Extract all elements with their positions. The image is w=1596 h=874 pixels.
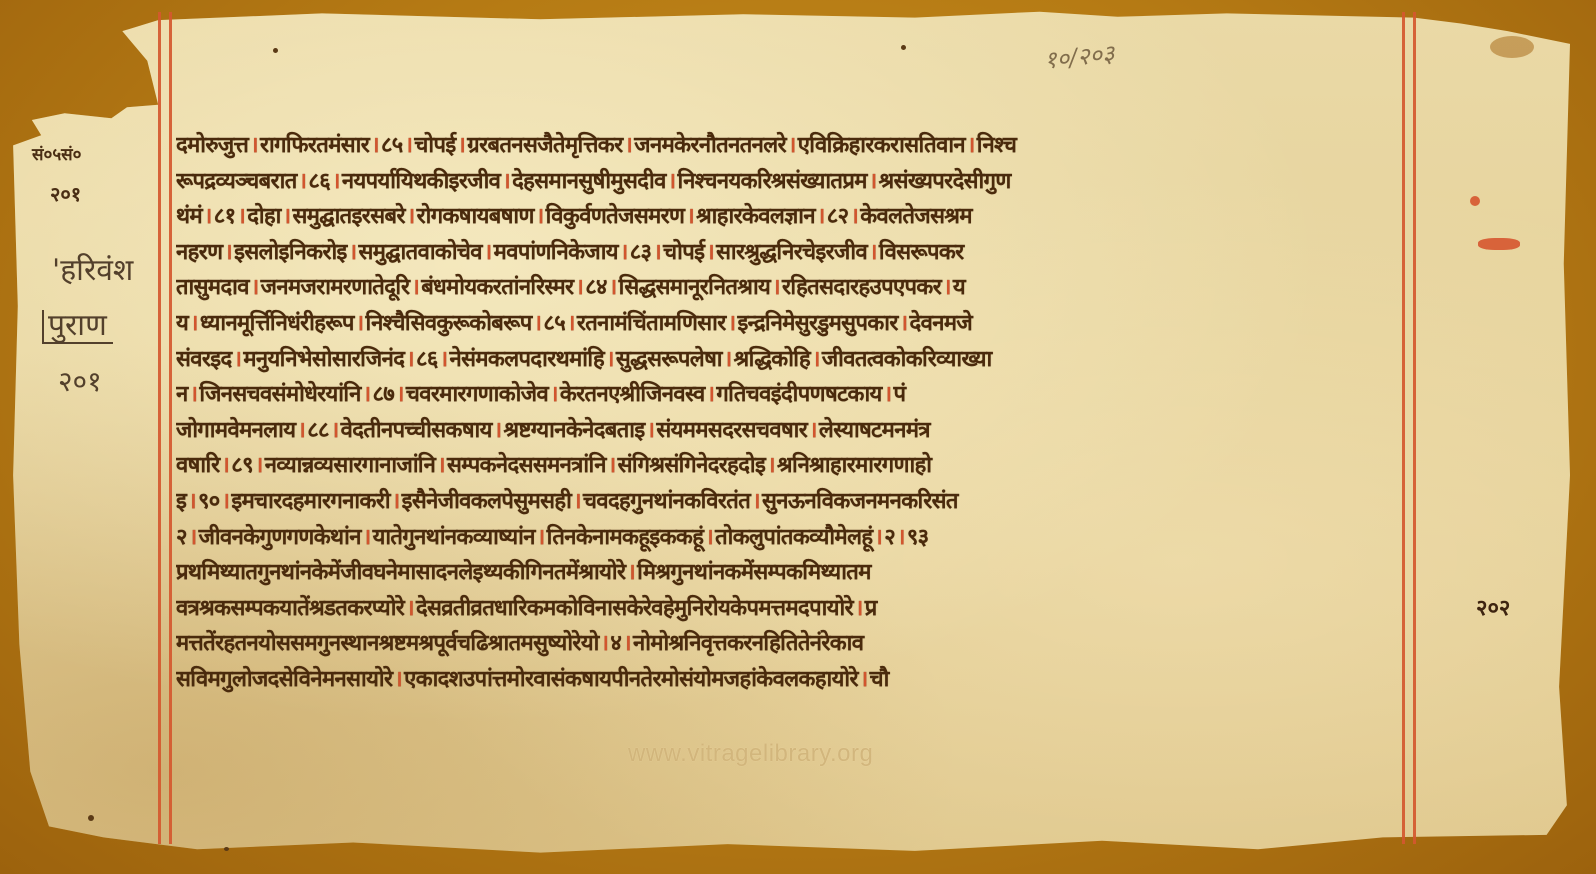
text-segment: संगिश्रसंगिनेदरहदोइ: [618, 453, 766, 478]
red-danda-mark: ।: [786, 133, 798, 158]
red-danda-mark: ।: [807, 418, 819, 443]
text-segment: नव्यान्नव्यसारगानाजांनि: [265, 453, 436, 478]
red-ink-blot: [1470, 196, 1480, 206]
red-danda-mark: ।: [295, 418, 307, 443]
red-danda-mark: ।: [354, 311, 366, 336]
text-segment: निश्चनयकरिश्रसंख्यातप्रम: [677, 169, 866, 194]
red-danda-mark: ।: [534, 204, 546, 229]
text-segment: तोकलुपांतकव्यौमेलहूं: [715, 525, 872, 550]
red-danda-mark: ।: [403, 133, 415, 158]
red-danda-mark: ।: [220, 489, 232, 514]
photo-stage: १०/२०३ सं०५सं० २०१ 'हरिवंश पुराण २०१ २०२…: [0, 0, 1596, 874]
text-segment: ८५: [543, 311, 565, 336]
left-margin-rule-outer: [158, 12, 161, 844]
text-segment: ९०: [198, 489, 220, 514]
text-segment: श्रसंख्यपरदेसीगुण: [879, 169, 1011, 194]
text-segment: चवदहगुनथांनकविरतंत: [583, 489, 750, 514]
red-danda-mark: ।: [405, 204, 417, 229]
text-segment: जीवतत्वकोकरिव्याख्या: [822, 347, 992, 372]
red-danda-mark: ।: [329, 418, 341, 443]
text-segment: नयपर्यायिथकीइरजीव: [342, 169, 501, 194]
red-danda-mark: ।: [895, 525, 907, 550]
manuscript-line: न।जिनसचवसंमोधेरयांनि।८७।चवरमारगणाकोजेव।क…: [176, 377, 1416, 413]
red-danda-mark: ।: [456, 133, 468, 158]
red-danda-mark: ।: [404, 347, 416, 372]
text-segment: लेस्याषटमनमंत्र: [819, 418, 930, 443]
text-segment: ८९: [231, 453, 253, 478]
text-segment: नहरण: [176, 240, 222, 265]
text-segment: मत्ततेंरहतनयोससमगुनस्थानश्रष्टमश्रपूर्वच…: [176, 631, 599, 656]
red-danda-mark: ।: [623, 133, 635, 158]
paper-speck: [224, 847, 229, 851]
text-segment: सुद्धसरूपलेषा: [616, 347, 722, 372]
margin-reference-number: २०१: [50, 180, 81, 207]
paper-speck: [901, 45, 906, 50]
red-danda-mark: ।: [625, 560, 637, 585]
red-danda-mark: ।: [858, 667, 870, 692]
text-segment: जीवनकेगुणगणकेथांन: [199, 525, 361, 550]
red-danda-mark: ।: [621, 631, 633, 656]
text-segment: यातेगुनथांनकव्याष्यांन: [373, 525, 535, 550]
text-segment: निश्चैसिवकुरूकोबरूप: [365, 311, 531, 336]
text-segment: रहितसदारहउपएपकर: [782, 275, 941, 300]
text-segment: विकुर्वणतेजसमरण: [546, 204, 685, 229]
manuscript-line: जोगामवेमनलाय।८८।वेदतीनपच्चीसकषाय।श्रष्टग…: [176, 413, 1416, 449]
red-danda-mark: ।: [188, 311, 200, 336]
text-segment: इमचारदहमारगनाकरी: [231, 489, 390, 514]
text-segment: गतिचवइंदीपणषटकाय: [716, 382, 881, 407]
text-segment: देहसमानसुषीमुसदीव: [512, 169, 666, 194]
folio-number: २०२: [1476, 592, 1510, 622]
manuscript-line: संवरइद।मनुयनिभेसोसारजिनंद।८६।नेसंमकलपदार…: [176, 342, 1416, 378]
text-segment: समुद्घातइरसबरे: [293, 204, 405, 229]
red-danda-mark: ।: [253, 453, 265, 478]
margin-page-number: २०१: [58, 362, 102, 400]
red-danda-mark: ।: [703, 525, 715, 550]
red-danda-mark: ।: [599, 631, 611, 656]
manuscript-line: तासुमदाव।जनमजरामरणातेदूरि।बंधमोयकरतांनरि…: [176, 270, 1416, 306]
text-segment: ८६: [308, 169, 330, 194]
red-danda-mark: ।: [651, 240, 663, 265]
manuscript-text: दमोरुजुत्त।रागफिरतमंसार।८५।चोपई।ग्ररबतनस…: [176, 128, 1416, 698]
red-danda-mark: ।: [188, 382, 200, 407]
text-segment: ८४: [585, 275, 607, 300]
text-segment: नेसंमकलपदारथमांहि: [449, 347, 604, 372]
text-segment: विसरूपकर: [879, 240, 964, 265]
text-segment: जनमजरामरणातेदूरि: [261, 275, 410, 300]
text-segment: य: [176, 311, 188, 336]
text-segment: ग्ररबतनसजैतेमृत्तिकर: [467, 133, 622, 158]
text-segment: एविक्रिहारकरासतिवान: [798, 133, 965, 158]
text-segment: सिद्धसमानूरनितश्राय: [619, 275, 771, 300]
red-danda-mark: ।: [361, 525, 373, 550]
text-segment: वेदतीनपच्चीसकषाय: [341, 418, 492, 443]
text-segment: थंमं: [176, 204, 202, 229]
manuscript-line: थंमं।८१।दोहा।समुद्घातइरसबरे।रोगकषायबषाण।…: [176, 199, 1416, 235]
text-segment: वषारि: [176, 453, 220, 478]
text-segment: पं: [893, 382, 905, 407]
manuscript-line: रूपद्रव्यञ्चबरात।८६।नयपर्यायिथकीइरजीव।दे…: [176, 164, 1416, 200]
text-segment: इन्द्रनिमेसुरडुमसुपकार: [737, 311, 897, 336]
red-danda-mark: ।: [222, 240, 234, 265]
watermark: www.vitragelibrary.org: [628, 740, 873, 768]
manuscript-line: वत्रश्रकसम्पकयातेंश्रडतकरप्योरे।देसव्रती…: [176, 591, 1416, 627]
red-danda-mark: ।: [571, 489, 583, 514]
red-danda-mark: ।: [704, 240, 716, 265]
text-segment: प्रथमिथ्यातगुनथांनकेमेंजीवघनेमासादनलेइथ्…: [176, 560, 625, 585]
red-ink-blot: [1478, 238, 1520, 250]
text-segment: ८५: [381, 133, 403, 158]
paper-speck: [273, 48, 278, 53]
red-danda-mark: ।: [532, 311, 544, 336]
text-segment: नोमोश्रनिवृत्तकरनहितितेनंरेकाव: [633, 631, 863, 656]
red-danda-mark: ।: [645, 418, 657, 443]
red-danda-mark: ।: [666, 169, 678, 194]
text-segment: इसैनेजीवकलपेसुमसही: [402, 489, 572, 514]
text-segment: सम्पकनेदससमनत्रांनि: [447, 453, 606, 478]
text-segment: चोपई: [663, 240, 704, 265]
manuscript-line: इ।९०।इमचारदहमारगनाकरी।इसैनेजीवकलपेसुमसही…: [176, 484, 1416, 520]
text-segment: प्र: [865, 596, 877, 621]
red-danda-mark: ।: [548, 382, 560, 407]
red-danda-mark: ।: [898, 311, 910, 336]
text-segment: वत्रश्रकसम्पकयातेंश्रडतकरप्योरे: [176, 596, 404, 621]
text-segment: चोपई: [414, 133, 455, 158]
red-danda-mark: ।: [220, 453, 232, 478]
text-segment: ८३: [630, 240, 652, 265]
manuscript-line: प्रथमिथ्यातगुनथांनकेमेंजीवघनेमासादनलेइथ्…: [176, 555, 1416, 591]
text-segment: दमोरुजुत्त: [176, 133, 248, 158]
red-danda-mark: ।: [482, 240, 494, 265]
text-segment: संवरइद: [176, 347, 232, 372]
red-danda-mark: ।: [361, 382, 373, 407]
red-danda-mark: ।: [438, 347, 450, 372]
red-danda-mark: ।: [604, 347, 616, 372]
text-segment: बंधमोयकरतांनरिस्मर: [421, 275, 573, 300]
red-danda-mark: ।: [726, 311, 738, 336]
red-danda-mark: ।: [500, 169, 512, 194]
text-segment: केरतनएश्रीजिनवस्व: [560, 382, 705, 407]
red-danda-mark: ।: [770, 275, 782, 300]
text-segment: मवपांणनिकेजाय: [494, 240, 618, 265]
text-segment: ८६: [416, 347, 438, 372]
red-danda-mark: ।: [684, 204, 696, 229]
red-danda-mark: ।: [248, 133, 260, 158]
text-segment: रोगकषायबषाण: [417, 204, 534, 229]
text-segment: ८१: [214, 204, 236, 229]
manuscript-line: दमोरुजुत्त।रागफिरतमंसार।८५।चोपई।ग्ररबतनस…: [176, 128, 1416, 164]
text-segment: श्राहारकेवलज्ञान: [696, 204, 815, 229]
red-danda-mark: ।: [722, 347, 734, 372]
text-segment: मिश्रगुनथांनकमेंसम्पकमिथ्यातम: [637, 560, 871, 585]
red-danda-mark: ।: [202, 204, 214, 229]
red-danda-mark: ।: [941, 275, 953, 300]
text-segment: य: [953, 275, 965, 300]
text-segment: २: [176, 525, 187, 550]
text-segment: श्रष्टग्यानकेनेदबताइ: [504, 418, 645, 443]
red-danda-mark: ।: [573, 275, 585, 300]
red-danda-mark: ।: [492, 418, 504, 443]
red-danda-mark: ।: [848, 204, 860, 229]
text-segment: रूपद्रव्यञ्चबरात: [176, 169, 297, 194]
text-segment: सविमगुलोजदसेविनेमनसायोरे: [176, 667, 392, 692]
text-segment: श्रनिश्राहारमारगणाहो: [777, 453, 931, 478]
text-segment: दोहा: [247, 204, 281, 229]
red-danda-mark: ।: [853, 596, 865, 621]
red-danda-mark: ।: [965, 133, 977, 158]
text-segment: इ: [176, 489, 186, 514]
manuscript-line: य।ध्यानमूर्त्तिनिधंरीहरूप।निश्चैसिवकुरूक…: [176, 306, 1416, 342]
manuscript-line: मत्ततेंरहतनयोससमगुनस्थानश्रष्टमश्रपूर्वच…: [176, 626, 1416, 662]
text-segment: तिनकेनामकहूइककहूं: [547, 525, 704, 550]
red-danda-mark: ।: [369, 133, 381, 158]
text-segment: निश्च: [977, 133, 1016, 158]
text-segment: रागफिरतमंसार: [260, 133, 369, 158]
red-danda-mark: ।: [867, 240, 879, 265]
red-danda-mark: ।: [750, 489, 762, 514]
text-segment: मनुयनिभेसोसारजिनंद: [243, 347, 404, 372]
margin-title-purana: पुराण: [42, 310, 113, 344]
text-segment: चौ: [870, 667, 889, 692]
text-segment: जोगामवेमनलाय: [176, 418, 295, 443]
damage-stain: [1490, 36, 1534, 58]
margin-reference: सं०५सं०: [32, 142, 82, 165]
red-danda-mark: ।: [607, 275, 619, 300]
text-segment: २: [884, 525, 895, 550]
red-danda-mark: ।: [815, 204, 827, 229]
red-danda-mark: ।: [232, 347, 244, 372]
red-danda-mark: ।: [872, 525, 884, 550]
red-danda-mark: ।: [392, 667, 404, 692]
margin-title-harivansha: 'हरिवंश: [52, 248, 133, 289]
red-danda-mark: ।: [281, 204, 293, 229]
red-danda-mark: ।: [394, 382, 406, 407]
manuscript-line: २।जीवनकेगुणगणकेथांन।यातेगुनथांनकव्याष्या…: [176, 520, 1416, 556]
red-danda-mark: ।: [330, 169, 342, 194]
text-segment: एकादशउपांत्तमोरवासंकषायपीनतेरमोसंयोमजहां…: [404, 667, 858, 692]
red-danda-mark: ।: [235, 204, 247, 229]
text-segment: न: [176, 382, 188, 407]
text-segment: समुद्घातवाकोचेव: [359, 240, 482, 265]
red-danda-mark: ।: [882, 382, 894, 407]
text-segment: इसलोइनिकरोइ: [234, 240, 347, 265]
text-segment: ८२: [827, 204, 849, 229]
text-segment: ८७: [372, 382, 394, 407]
text-segment: केवलतेजसश्रम: [860, 204, 972, 229]
text-segment: ८८: [307, 418, 329, 443]
manuscript-line: नहरण।इसलोइनिकरोइ।समुद्घातवाकोचेव।मवपांणन…: [176, 235, 1416, 271]
red-danda-mark: ।: [249, 275, 261, 300]
text-segment: देवनमजे: [910, 311, 973, 336]
text-segment: संयममसदरसचवषार: [656, 418, 807, 443]
red-danda-mark: ।: [390, 489, 402, 514]
red-danda-mark: ।: [187, 525, 199, 550]
red-danda-mark: ।: [297, 169, 309, 194]
red-danda-mark: ।: [404, 596, 416, 621]
red-danda-mark: ।: [705, 382, 717, 407]
red-danda-mark: ।: [565, 311, 577, 336]
text-segment: ध्यानमूर्त्तिनिधंरीहरूप: [200, 311, 354, 336]
text-segment: सुनऊनविकजनमनकरिसंत: [762, 489, 958, 514]
red-danda-mark: ।: [618, 240, 630, 265]
left-margin-rule-inner: [169, 12, 172, 844]
text-segment: देसव्रतीव्रतधारिकमकोविनासकेरेवहेमुनिरोयक…: [416, 596, 853, 621]
text-segment: रतनामंचिंतामणिसार: [577, 311, 726, 336]
text-segment: चवरमारगणाकोजेव: [406, 382, 548, 407]
text-segment: ४: [610, 631, 621, 656]
red-danda-mark: ।: [347, 240, 359, 265]
red-danda-mark: ।: [535, 525, 547, 550]
text-segment: जिनसचवसंमोधेरयांनि: [199, 382, 360, 407]
red-danda-mark: ।: [435, 453, 447, 478]
text-segment: श्रद्धिकोहि: [734, 347, 810, 372]
text-segment: जनमकेरनौतनतनलरे: [634, 133, 786, 158]
red-danda-mark: ।: [409, 275, 421, 300]
text-segment: सारश्रुद्धनिरचेइरजीव: [716, 240, 867, 265]
red-danda-mark: ।: [867, 169, 879, 194]
red-danda-mark: ।: [810, 347, 822, 372]
red-danda-mark: ।: [186, 489, 198, 514]
red-danda-mark: ।: [606, 453, 618, 478]
red-danda-mark: ।: [765, 453, 777, 478]
manuscript-line: सविमगुलोजदसेविनेमनसायोरे।एकादशउपांत्तमोर…: [176, 662, 1416, 698]
text-segment: ९३: [907, 525, 929, 550]
manuscript-line: वषारि।८९।नव्यान्नव्यसारगानाजांनि।सम्पकने…: [176, 448, 1416, 484]
text-segment: तासुमदाव: [176, 275, 249, 300]
paper-speck: [88, 815, 94, 821]
